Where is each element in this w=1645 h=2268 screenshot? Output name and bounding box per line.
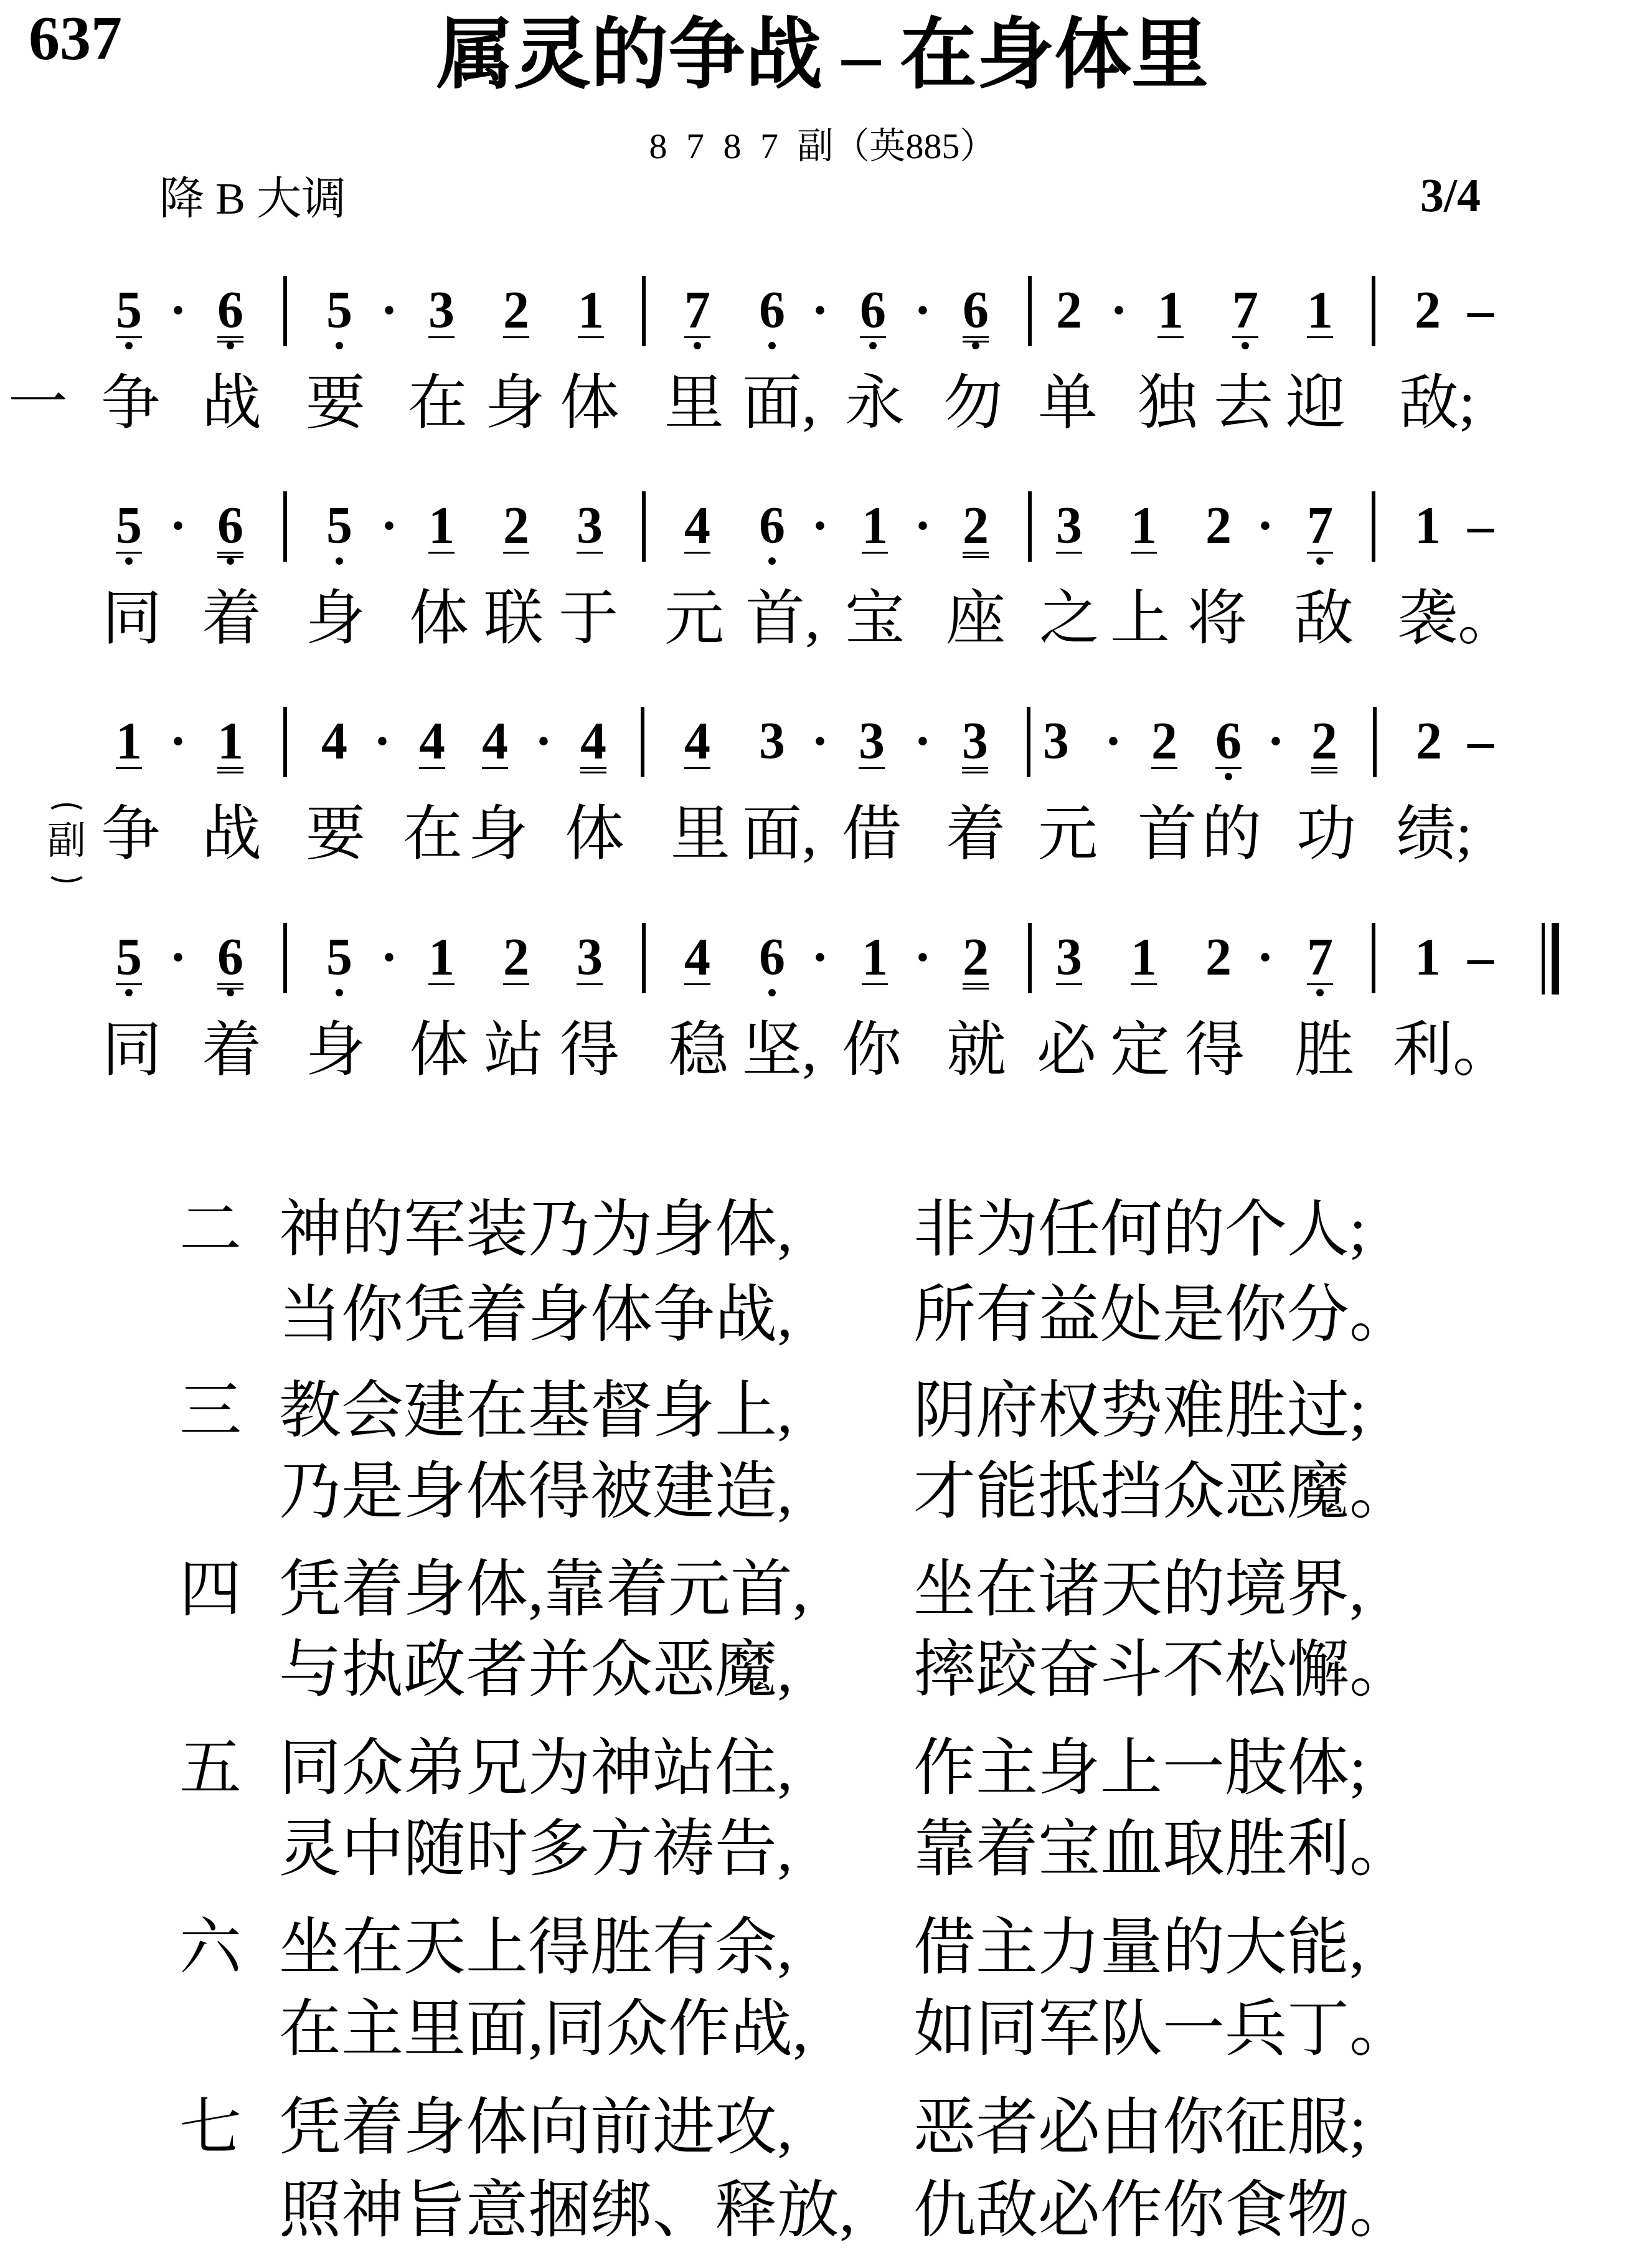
- note: 2: [957, 500, 994, 552]
- verse-line-second-half: 恶者必由你征服;: [913, 2097, 1367, 2159]
- lyric-char: 之: [1039, 588, 1099, 648]
- note: 5: [110, 932, 148, 984]
- verse-line-second-half: 作主身上一肢体;: [913, 1737, 1367, 1800]
- bar-line: [1373, 707, 1377, 777]
- verse-line-first-half: 当你凭着身体争战,: [279, 1284, 793, 1346]
- lyric-char: 绩;: [1396, 804, 1473, 864]
- extension-dash: –: [1462, 285, 1499, 337]
- lyric-char: 面,: [742, 804, 817, 864]
- note: 4: [476, 716, 514, 768]
- lyric-char: 身: [468, 804, 528, 864]
- time-signature: 3/4: [1420, 172, 1481, 219]
- note: 1: [856, 932, 893, 984]
- lyric-char: 联: [484, 588, 544, 648]
- augmentation-dot: ·: [904, 285, 941, 337]
- verse-number: 四: [179, 1559, 242, 1621]
- note: 5: [110, 285, 148, 337]
- lyric-char: 勿: [943, 373, 1003, 433]
- verse-line-first-half: 神的军装乃为身体,: [279, 1199, 793, 1261]
- verse-line-second-half: 才能抵挡众恶魔。: [913, 1461, 1412, 1523]
- lyric-char: 要: [306, 373, 365, 433]
- note: 3: [1050, 932, 1088, 984]
- lyric-char: 永: [845, 373, 905, 433]
- lyric-char: 在: [408, 373, 468, 433]
- note: 3: [956, 716, 994, 768]
- note: 1: [110, 716, 148, 768]
- augmentation-dot: ·: [159, 500, 197, 552]
- lyric-char: 利。: [1393, 1020, 1512, 1080]
- key-signature: 降 B 大调: [159, 176, 346, 221]
- augmentation-dot: ·: [801, 932, 839, 984]
- note: 6: [212, 500, 249, 552]
- note: 4: [679, 716, 716, 768]
- verse-number: 三: [179, 1380, 242, 1442]
- lyric-char: 争: [101, 373, 161, 433]
- final-barline-thick: [1552, 923, 1559, 995]
- bar-line: [642, 276, 646, 346]
- augmentation-dot: ·: [370, 500, 408, 552]
- note: 2: [497, 285, 535, 337]
- augmentation-dot: ·: [159, 932, 197, 984]
- verse-line-first-half: 凭着身体,靠着元首,: [279, 1559, 808, 1621]
- lyric-char: 着: [946, 804, 1006, 864]
- lyric-char: 争: [101, 804, 161, 864]
- note: 6: [212, 285, 249, 337]
- bar-line: [1027, 707, 1030, 777]
- paren-close-arc: [46, 859, 87, 882]
- lyric-char: 坚,: [742, 1020, 817, 1080]
- note: 4: [679, 500, 716, 552]
- note: 1: [856, 500, 893, 552]
- augmentation-dot: ·: [904, 932, 941, 984]
- bar-line: [1372, 491, 1375, 562]
- lyric-char: 去: [1214, 373, 1273, 433]
- augmentation-dot: ·: [370, 932, 408, 984]
- verse-line-second-half: 坐在诸天的境界,: [913, 1559, 1365, 1621]
- note: 1: [1409, 500, 1446, 552]
- verse-line-second-half: 如同军队一兵丁。: [913, 1998, 1412, 2061]
- verse-line-first-half: 坐在天上得胜有余,: [279, 1917, 793, 1979]
- note: 6: [854, 285, 892, 337]
- lyric-char: 同: [102, 588, 162, 648]
- lyric-char: 在: [403, 804, 463, 864]
- note: 6: [957, 285, 994, 337]
- note: 1: [1152, 285, 1189, 337]
- lyric-char: 同: [102, 1020, 162, 1080]
- lyric-char: 站: [484, 1020, 544, 1080]
- bar-line: [642, 491, 646, 562]
- note: 4: [413, 716, 451, 768]
- note: 2: [1146, 716, 1183, 768]
- lyric-char: 得: [1185, 1020, 1245, 1080]
- lyric-char: 迎: [1286, 373, 1346, 433]
- verse-number: 七: [179, 2097, 242, 2159]
- note: 2: [1306, 716, 1343, 768]
- music-system-1: 5 · 6 5 · 3 2 1 7 6 · 6 · 6 2 · 1 7 1 2 …: [0, 276, 1645, 463]
- verse-number: 二: [179, 1199, 242, 1261]
- music-system-2: 5 · 6 5 · 1 2 3 4 6 · 1 · 2 3 1 2 · 7 1 …: [0, 491, 1645, 678]
- lyric-char: 借: [842, 804, 902, 864]
- verse-line-second-half: 仇敌必作你食物。: [913, 2180, 1412, 2242]
- verse-line-second-half: 靠着宝血取胜利。: [913, 1818, 1412, 1881]
- augmentation-dot: ·: [525, 716, 562, 768]
- note: 4: [575, 716, 612, 768]
- extension-dash: –: [1462, 716, 1499, 768]
- lyric-char: 着: [202, 1020, 262, 1080]
- note: 6: [753, 932, 791, 984]
- lyric-char: 战: [202, 373, 262, 433]
- verse-line-first-half: 在主里面,同众作战,: [279, 1998, 808, 2061]
- note: 1: [1409, 932, 1446, 984]
- augmentation-dot: ·: [1247, 500, 1284, 552]
- note: 3: [753, 716, 791, 768]
- note: 2: [1410, 716, 1448, 768]
- lyric-char: 座: [946, 588, 1006, 648]
- lyric-char: 战: [202, 804, 262, 864]
- verse-line-second-half: 借主力量的大能,: [913, 1917, 1365, 1979]
- note: 3: [1050, 500, 1088, 552]
- note: 1: [423, 932, 460, 984]
- bar-line: [1028, 276, 1032, 346]
- verse-label: 一: [8, 373, 68, 433]
- bar-line: [642, 923, 646, 993]
- note: 2: [1050, 285, 1088, 337]
- verse-number: 六: [179, 1917, 242, 1979]
- lyric-char: 首: [1138, 804, 1197, 864]
- note: 2: [957, 932, 994, 984]
- verse-line-first-half: 灵中随时多方祷告,: [279, 1818, 793, 1881]
- lyric-char: 胜: [1294, 1020, 1354, 1080]
- augmentation-dot: ·: [1257, 716, 1294, 768]
- lyric-char: 体: [409, 588, 469, 648]
- note: 1: [1301, 285, 1339, 337]
- verse-line-second-half: 阴府权势难胜过;: [913, 1380, 1367, 1442]
- note: 6: [1210, 716, 1247, 768]
- lyric-char: 就: [946, 1020, 1006, 1080]
- note: 6: [212, 932, 249, 984]
- lyric-char: 单: [1038, 373, 1098, 433]
- augmentation-dot: ·: [1100, 285, 1138, 337]
- note: 4: [679, 932, 716, 984]
- augmentation-dot: ·: [370, 285, 408, 337]
- verse-line-first-half: 照神旨意捆绑、释放,: [279, 2180, 855, 2242]
- lyric-char: 体: [560, 373, 620, 433]
- lyric-char: 身: [306, 588, 365, 648]
- lyric-char: 要: [306, 804, 365, 864]
- lyric-char: 独: [1138, 373, 1197, 433]
- bar-line: [641, 707, 644, 777]
- note: 3: [853, 716, 890, 768]
- extension-dash: –: [1462, 932, 1499, 984]
- bar-line: [1372, 923, 1375, 993]
- note: 5: [321, 500, 358, 552]
- lyric-char: 宝: [845, 588, 905, 648]
- page-title: 属灵的争战 – 在身体里: [0, 17, 1645, 94]
- augmentation-dot: ·: [364, 716, 401, 768]
- note: 1: [572, 285, 610, 337]
- verse-line-second-half: 摔跤奋斗不松懈。: [913, 1639, 1412, 1701]
- augmentation-dot: ·: [801, 285, 839, 337]
- bar-line: [1372, 276, 1375, 346]
- verse-line-second-half: 所有益处是你分。: [913, 1284, 1412, 1346]
- note: 3: [1037, 716, 1075, 768]
- lyric-char: 身: [485, 373, 545, 433]
- note: 2: [1200, 500, 1237, 552]
- lyric-char: 里: [671, 804, 730, 864]
- meter-line: 8 7 8 7 副（英885）: [0, 128, 1645, 164]
- music-system-3: 1 · 1 4 · 4 4 · 4 4 3 · 3 · 3 3 · 2 6 · …: [0, 707, 1645, 894]
- augmentation-dot: ·: [801, 500, 839, 552]
- chorus-marker-label: 副: [45, 822, 88, 861]
- lyric-char: 的: [1202, 804, 1261, 864]
- verse-line-first-half: 乃是身体得被建造,: [279, 1461, 793, 1523]
- note: 7: [1301, 500, 1339, 552]
- lyric-char: 元: [664, 588, 724, 648]
- lyric-char: 定: [1110, 1020, 1170, 1080]
- chorus-marker: 副: [45, 803, 88, 882]
- lyric-char: 得: [560, 1020, 620, 1080]
- augmentation-dot: ·: [801, 716, 839, 768]
- verse-line-second-half: 非为任何的个人;: [913, 1199, 1367, 1261]
- lyric-char: 上: [1110, 588, 1170, 648]
- augmentation-dot: ·: [1247, 932, 1284, 984]
- verse-line-first-half: 凭着身体向前进攻,: [279, 2097, 793, 2159]
- note: 2: [497, 500, 535, 552]
- lyric-char: 功: [1296, 804, 1356, 864]
- lyric-char: 将: [1187, 588, 1247, 648]
- lyric-char: 面,: [742, 373, 817, 433]
- augmentation-dot: ·: [159, 716, 197, 768]
- note: 4: [316, 716, 353, 768]
- bar-line: [1028, 491, 1032, 562]
- note: 2: [1409, 285, 1446, 337]
- lyric-char: 稳: [669, 1020, 728, 1080]
- note: 3: [571, 500, 608, 552]
- lyric-char: 敌: [1294, 588, 1354, 648]
- augmentation-dot: ·: [904, 500, 941, 552]
- lyric-char: 首,: [745, 588, 820, 648]
- lyric-char: 敌;: [1399, 373, 1476, 433]
- note: 3: [571, 932, 608, 984]
- note: 1: [1125, 932, 1162, 984]
- note: 6: [753, 285, 791, 337]
- verse-line-first-half: 与执政者并众恶魔,: [279, 1639, 793, 1701]
- lyric-char: 着: [202, 588, 262, 648]
- note: 2: [497, 932, 535, 984]
- lyric-char: 体: [409, 1020, 469, 1080]
- verse-line-first-half: 教会建在基督身上,: [279, 1380, 793, 1442]
- note: 5: [110, 500, 148, 552]
- verse-line-first-half: 同众弟兄为神站住,: [279, 1737, 793, 1800]
- note: 5: [321, 932, 358, 984]
- lyric-char: 里: [664, 373, 724, 433]
- lyric-char: 袭。: [1398, 588, 1517, 648]
- lyric-char: 身: [306, 1020, 365, 1080]
- note: 1: [1125, 500, 1162, 552]
- augmentation-dot: ·: [904, 716, 941, 768]
- bar-line: [283, 276, 287, 346]
- extension-dash: –: [1462, 500, 1499, 552]
- note: 2: [1200, 932, 1237, 984]
- augmentation-dot: ·: [1095, 716, 1132, 768]
- bar-line: [283, 707, 287, 777]
- lyric-char: 元: [1038, 804, 1098, 864]
- note: 7: [1227, 285, 1264, 337]
- note: 7: [679, 285, 716, 337]
- final-barline-thin: [1542, 923, 1545, 995]
- note: 7: [1301, 932, 1339, 984]
- note: 5: [321, 285, 358, 337]
- music-system-4: 5 · 6 5 · 1 2 3 4 6 · 1 · 2 3 1 2 · 7 1 …: [0, 923, 1645, 1110]
- lyric-char: 必: [1037, 1020, 1096, 1080]
- lyric-char: 你: [842, 1020, 902, 1080]
- note: 6: [753, 500, 791, 552]
- note: 1: [212, 716, 249, 768]
- lyric-char: 于: [559, 588, 618, 648]
- bar-line: [283, 923, 287, 993]
- bar-line: [283, 491, 287, 562]
- verse-number: 五: [179, 1737, 242, 1800]
- bar-line: [1028, 923, 1032, 993]
- note: 3: [423, 285, 460, 337]
- note: 1: [423, 500, 460, 552]
- lyric-char: 体: [565, 804, 625, 864]
- augmentation-dot: ·: [159, 285, 197, 337]
